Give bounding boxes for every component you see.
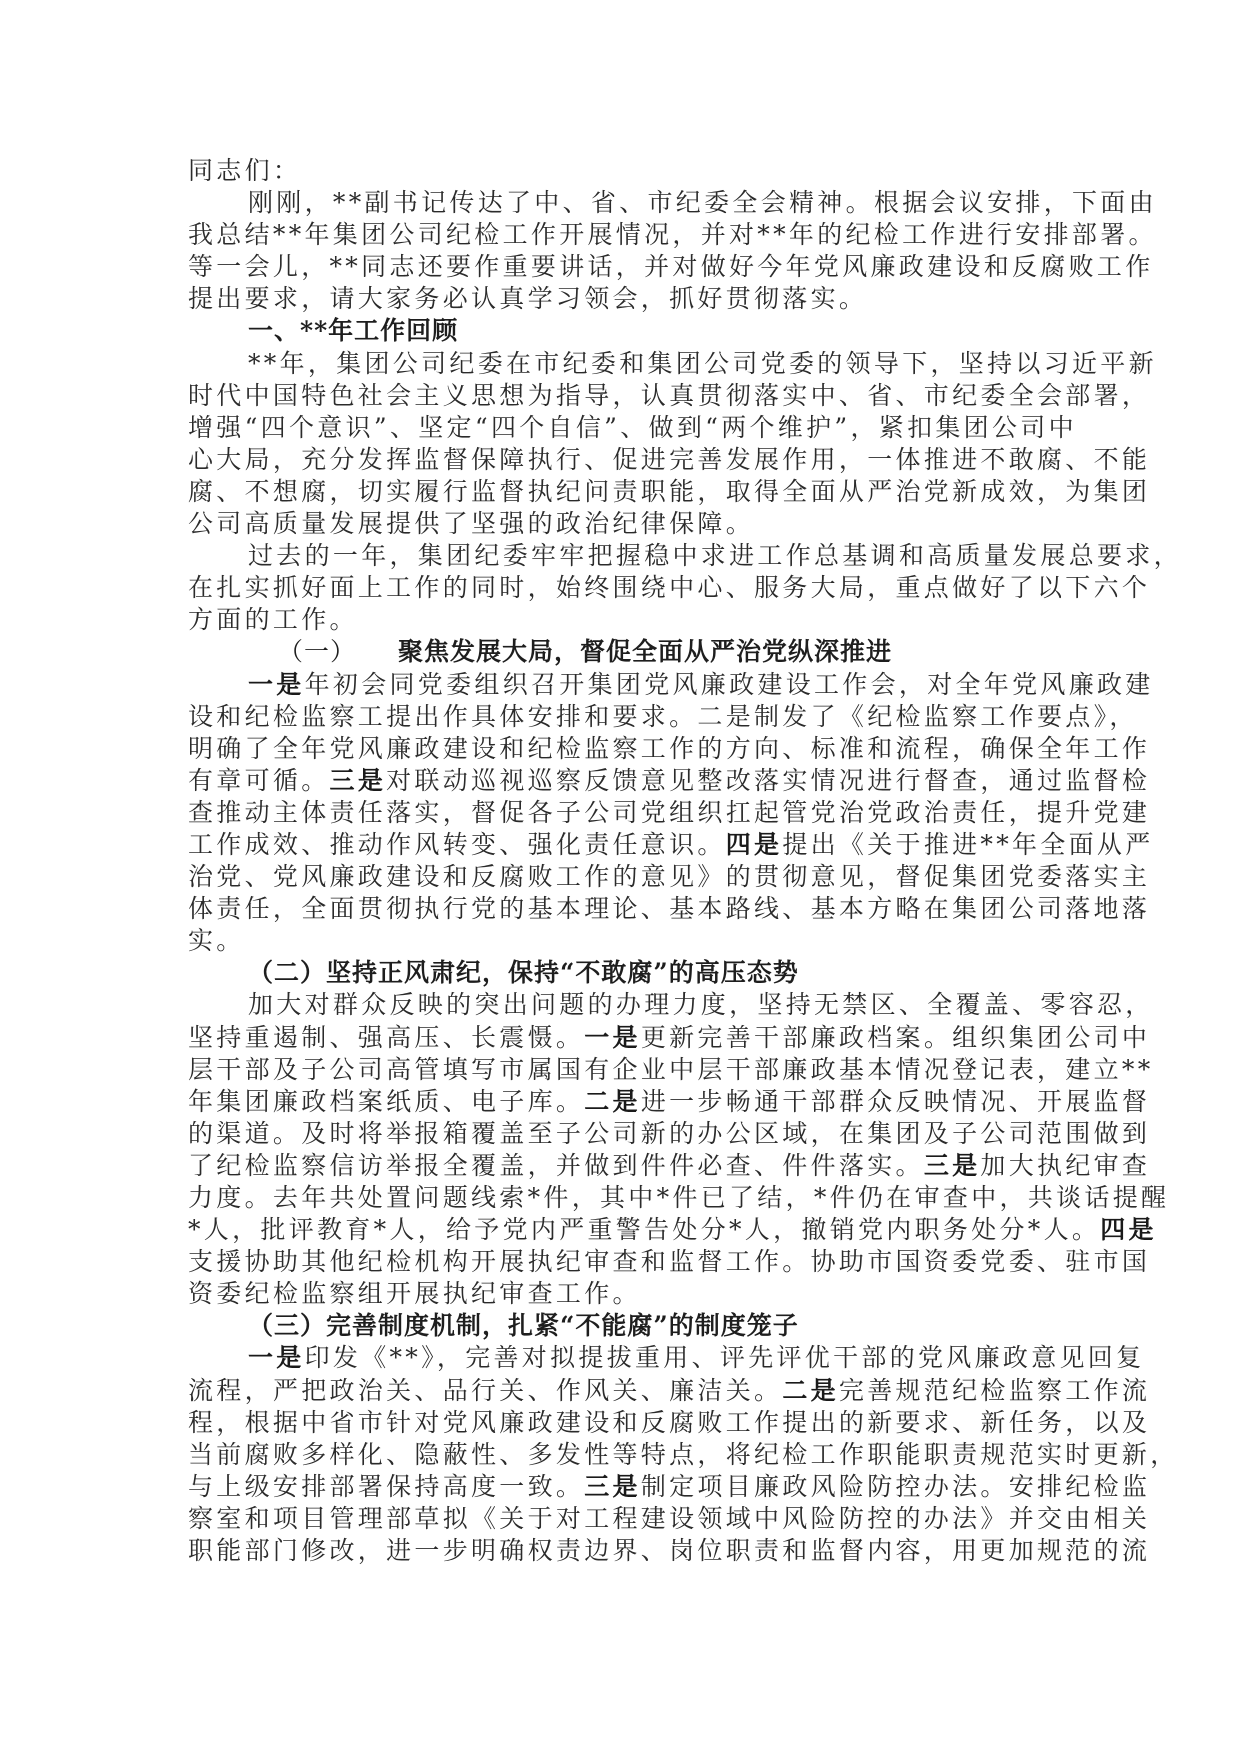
text-run: 加大对群众反映的突出问题的办理力度，坚持无禁区、全覆盖、零容忍，	[248, 990, 1154, 1019]
text-run: 流程，严把政治关、品行关、作风关、廉洁关。	[188, 1376, 782, 1405]
paragraph-line: 层干部及子公司高管填写市属国有企业中层干部廉政基本情况登记表，建立**	[188, 1054, 1054, 1086]
subsection-2-body: 加大对群众反映的突出问题的办理力度，坚持无禁区、全覆盖、零容忍，坚持重遏制、强高…	[188, 989, 1054, 1310]
text-run: 对联动巡视巡察反馈意见整改落实情况进行督查，通过监督检	[386, 766, 1150, 795]
text-run: 查推动主体责任落实，督促各子公司党组织扛起管党治党政治责任，提升党建	[188, 798, 1150, 827]
text-run: 当前腐败多样化、隐蔽性、多发性等特点，将纪检工作职能职责规范实时更新，	[188, 1440, 1179, 1469]
paragraph-line: 一是印发《**》，完善对拟提拔重用、评先评优干部的党风廉政意见回复	[188, 1342, 1054, 1374]
paragraph-line: 增强“四个意识”、坚定“四个自信”、做到“两个维护”，紧扣集团公司中	[188, 412, 1054, 444]
bold-lead: 二是	[584, 1087, 641, 1116]
section-heading: 一、**年工作回顾	[188, 315, 1054, 347]
subsection-1-body: 一是年初会同党委组织召开集团党风廉政建设工作会，对全年党风廉政建设和纪检监察工提…	[188, 669, 1054, 958]
paragraph-line: 过去的一年，集团纪委牢牢把握稳中求进工作总基调和高质量发展总要求，	[188, 540, 1054, 572]
text-run: 坚持重遏制、强高压、长震慑。	[188, 1023, 584, 1052]
bold-lead: 一是	[584, 1023, 641, 1052]
paragraph-line: 实。	[188, 925, 1054, 957]
salutation: 同志们：	[188, 155, 1054, 187]
bold-lead: 三是	[924, 1151, 981, 1180]
subsection-title: 聚焦发展大局，督促全面从严治党纵深推进	[398, 637, 892, 666]
bold-lead: 一是	[248, 1343, 305, 1372]
paragraph-line: 体责任，全面贯彻执行党的基本理论、基本路线、基本方略在集团公司落地落	[188, 893, 1054, 925]
paragraph-line: 设和纪检监察工提出作具体安排和要求。二是制发了《纪检监察工作要点》，	[188, 701, 1054, 733]
paragraph-line: 加大对群众反映的突出问题的办理力度，坚持无禁区、全覆盖、零容忍，	[188, 989, 1054, 1021]
text-run: 治党、党风廉政建设和反腐败工作的意见》的贯彻意见，督促集团党委落实主	[188, 862, 1150, 891]
text-run: 资委纪检监察组开展执纪审查工作。	[188, 1279, 641, 1308]
paragraph-line: 有章可循。三是对联动巡视巡察反馈意见整改落实情况进行督查，通过监督检	[188, 765, 1054, 797]
bold-lead: 四是	[1100, 1215, 1157, 1244]
paragraph-line: 查推动主体责任落实，督促各子公司党组织扛起管党治党政治责任，提升党建	[188, 797, 1054, 829]
bold-lead: 三是	[330, 766, 387, 795]
paragraph-line: 的渠道。及时将举报箱覆盖至子公司新的办公区域，在集团及子公司范围做到	[188, 1118, 1054, 1150]
text-run: 体责任，全面贯彻执行党的基本理论、基本路线、基本方略在集团公司落地落	[188, 894, 1150, 923]
text-run: 印发《**》，完善对拟提拔重用、评先评优干部的党风廉政意见回复	[305, 1343, 1145, 1372]
text-run: 制定项目廉政风险防控办法。安排纪检监	[641, 1472, 1150, 1501]
subsection-heading-3: （三）完善制度机制，扎紧“不能腐”的制度笼子	[188, 1310, 1054, 1342]
paragraph-line: 坚持重遏制、强高压、长震慑。一是更新完善干部廉政档案。组织集团公司中	[188, 1022, 1054, 1054]
paragraph-line: 了纪检监察信访举报全覆盖，并做到件件必查、件件落实。三是加大执纪审查	[188, 1150, 1054, 1182]
bold-lead: 三是	[584, 1472, 641, 1501]
paragraph-line: 明确了全年党风廉政建设和纪检监察工作的方向、标准和流程，确保全年工作	[188, 733, 1054, 765]
text-run: 年集团廉政档案纸质、电子库。	[188, 1087, 584, 1116]
paragraph-line: 公司高质量发展提供了坚强的政治纪律保障。	[188, 508, 1054, 540]
paragraph-line: 资委纪检监察组开展执纪审查工作。	[188, 1278, 1054, 1310]
bold-lead: 二是	[782, 1376, 839, 1405]
subsection-heading-2: （二）坚持正风肃纪，保持“不敢腐”的高压态势	[188, 957, 1054, 989]
paragraph-line: 当前腐败多样化、隐蔽性、多发性等特点，将纪检工作职能职责规范实时更新，	[188, 1439, 1054, 1471]
text-run: 明确了全年党风廉政建设和纪检监察工作的方向、标准和流程，确保全年工作	[188, 734, 1150, 763]
paragraph-line: 与上级安排部署保持高度一致。三是制定项目廉政风险防控办法。安排纪检监	[188, 1471, 1054, 1503]
paragraph-line: 心大局，充分发挥监督保障执行、促进完善发展作用，一体推进不敢腐、不能	[188, 444, 1054, 476]
text-run: *人，批评教育*人，给予党内严重警告处分*人，撤销党内职务处分*人。	[188, 1215, 1100, 1244]
subsection-3-body: 一是印发《**》，完善对拟提拔重用、评先评优干部的党风廉政意见回复流程，严把政治…	[188, 1342, 1054, 1567]
text-run: 力度。去年共处置问题线索*件，其中*件已了结，*件仍在审查中，共谈话提醒	[188, 1183, 1169, 1212]
bold-lead: 一是	[248, 670, 305, 699]
text-run: 察室和项目管理部草拟《关于对工程建设领域中风险防控的办法》并交由相关	[188, 1504, 1150, 1533]
text-run: 的渠道。及时将举报箱覆盖至子公司新的办公区域，在集团及子公司范围做到	[188, 1119, 1150, 1148]
paragraph-line: 工作成效、推动作风转变、强化责任意识。四是提出《关于推进**年全面从严	[188, 829, 1054, 861]
text-run: 实。	[188, 926, 245, 955]
intro-line: 提出要求，请大家务必认真学习领会，抓好贯彻落实。	[188, 283, 1054, 315]
paragraph-line: 力度。去年共处置问题线索*件，其中*件已了结，*件仍在审查中，共谈话提醒	[188, 1182, 1054, 1214]
bold-lead: 四是	[726, 830, 783, 859]
paragraph-line: 流程，严把政治关、品行关、作风关、廉洁关。二是完善规范纪检监察工作流	[188, 1375, 1054, 1407]
text-run: 有章可循。	[188, 766, 330, 795]
paragraph-line: 在扎实抓好面上工作的同时，始终围绕中心、服务大局，重点做好了以下六个	[188, 572, 1054, 604]
paragraph-line: 腐、不想腐，切实履行监督执纪问责职能，取得全面从严治党新成效，为集团	[188, 476, 1054, 508]
paragraph-line: 一是年初会同党委组织召开集团党风廉政建设工作会，对全年党风廉政建	[188, 669, 1054, 701]
text-run: 设和纪检监察工提出作具体安排和要求。二是制发了《纪检监察工作要点》，	[188, 702, 1138, 731]
paragraph-line: 时代中国特色社会主义思想为指导，认真贯彻落实中、省、市纪委全会部署，	[188, 380, 1054, 412]
intro-line: 刚刚，**副书记传达了中、省、市纪委全会精神。根据会议安排，下面由	[188, 187, 1054, 219]
intro-line: 我总结**年集团公司纪检工作开展情况，并对**年的纪检工作进行安排部署。	[188, 219, 1054, 251]
text-run: 年初会同党委组织召开集团党风廉政建设工作会，对全年党风廉政建	[305, 670, 1154, 699]
text-run: 更新完善干部廉政档案。组织集团公司中	[641, 1023, 1150, 1052]
text-run: 提出《关于推进**年全面从严	[782, 830, 1153, 859]
paragraph-line: *人，批评教育*人，给予党内严重警告处分*人，撤销党内职务处分*人。四是	[188, 1214, 1054, 1246]
intro-line: 等一会儿，**同志还要作重要讲话，并对做好今年党风廉政建设和反腐败工作	[188, 251, 1054, 283]
text-run: 进一步畅通干部群众反映情况、开展监督	[641, 1087, 1150, 1116]
paragraph-line: 职能部门修改，进一步明确权责边界、岗位职责和监督内容，用更加规范的流	[188, 1535, 1054, 1567]
text-run: 了纪检监察信访举报全覆盖，并做到件件必查、件件落实。	[188, 1151, 924, 1180]
paragraph-line: 程，根据中省市针对党风廉政建设和反腐败工作提出的新要求、新任务，以及	[188, 1407, 1054, 1439]
text-run: 工作成效、推动作风转变、强化责任意识。	[188, 830, 726, 859]
text-run: 支援协助其他纪检机构开展执纪审查和监督工作。协助市国资委党委、驻市国	[188, 1247, 1150, 1276]
text-run: 与上级安排部署保持高度一致。	[188, 1472, 584, 1501]
text-run: 完善规范纪检监察工作流	[839, 1376, 1150, 1405]
paragraph-line: 支援协助其他纪检机构开展执纪审查和监督工作。协助市国资委党委、驻市国	[188, 1246, 1054, 1278]
paragraph-line: 察室和项目管理部草拟《关于对工程建设领域中风险防控的办法》并交由相关	[188, 1503, 1054, 1535]
text-run: 加大执纪审查	[980, 1151, 1150, 1180]
text-run: 程，根据中省市针对党风廉政建设和反腐败工作提出的新要求、新任务，以及	[188, 1408, 1150, 1437]
text-run: 职能部门修改，进一步明确权责边界、岗位职责和监督内容，用更加规范的流	[188, 1536, 1150, 1565]
paragraph-line: 年集团廉政档案纸质、电子库。二是进一步畅通干部群众反映情况、开展监督	[188, 1086, 1054, 1118]
document-page: 同志们： 刚刚，**副书记传达了中、省、市纪委全会精神。根据会议安排，下面由 我…	[0, 0, 1240, 1754]
document-body: 同志们： 刚刚，**副书记传达了中、省、市纪委全会精神。根据会议安排，下面由 我…	[188, 155, 1054, 1567]
subsection-heading-1: （一）聚焦发展大局，督促全面从严治党纵深推进	[188, 636, 1054, 668]
subsection-number: （一）	[278, 637, 356, 666]
paragraph-line: **年，集团公司纪委在市纪委和集团公司党委的领导下，坚持以习近平新	[188, 348, 1054, 380]
paragraph-line: 治党、党风廉政建设和反腐败工作的意见》的贯彻意见，督促集团党委落实主	[188, 861, 1054, 893]
text-run: 层干部及子公司高管填写市属国有企业中层干部廉政基本情况登记表，建立**	[188, 1055, 1154, 1084]
paragraph-line: 方面的工作。	[188, 604, 1054, 636]
